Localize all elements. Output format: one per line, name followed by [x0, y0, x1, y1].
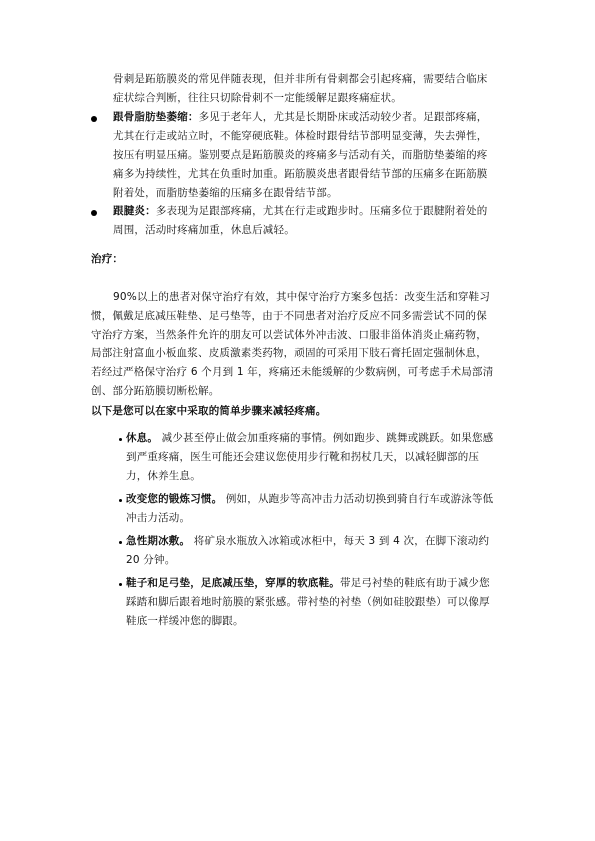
body-text-line: 力，休养生息。 [126, 470, 201, 483]
bullet-icon [91, 210, 97, 216]
body-text-line: 创、部分跖筋膜切断松解。 [91, 385, 219, 398]
body-text-line: 尤其在行走或站立时，不能穿硬底鞋。体检时跟骨结节部明显变薄，失去弹性， [113, 130, 488, 143]
body-text-line: 骨刺是跖筋膜炎的常见伴随表现，但并非所有骨刺都会引起疼痛，需要结合临床 [113, 73, 488, 86]
document-page: 骨刺是跖筋膜炎的常见伴随表现，但并非所有骨刺都会引起疼痛，需要结合临床 症状综合… [0, 0, 595, 841]
section-heading: 以下是您可以在家中采取的简单步骤来减轻疼痛。 [91, 405, 326, 418]
term-label: 跟骨脂肪垫萎缩： [113, 111, 199, 123]
body-text: 减少甚至停止做会加重疼痛的事情。例如跑步、跳舞或跳跃。如果您感 [158, 432, 493, 444]
body-text-line: 踩踏和脚后跟着地时筋膜的紧张感。带衬垫的衬垫（例如硅胶跟垫）可以像厚 [126, 596, 490, 609]
bullet-icon [119, 499, 122, 502]
body-text-line: 20 分钟。 [126, 554, 175, 567]
bullet-icon [119, 583, 122, 586]
body-text-line: 症状综合判断，往往只切除骨刺不一定能缓解足跟疼痛症状。 [113, 92, 402, 105]
body-text-line: 局部注射富血小板血浆、皮质激素类药物，顽固的可采用下肢石膏托固定强制休息， [91, 347, 487, 360]
term-label: 休息。 [126, 432, 158, 444]
body-text-line: 到严重疼痛，医生可能还会建议您使用步行靴和拐杖几天，以减轻脚部的压 [126, 451, 479, 464]
body-text: 多见于老年人，尤其是长期卧床或活动较少者。足跟部疼痛， [199, 111, 488, 123]
body-text: 例如，从跑步等高冲击力活动切换到骑自行车或游泳等低 [222, 493, 493, 505]
bullet-icon [119, 438, 122, 441]
list-item: 跟腱炎：多表现为足跟部疼痛，尤其在行走或跑步时。压痛多位于跟腱附着处的 [113, 205, 488, 218]
term-label: 跟腱炎： [113, 205, 156, 217]
body-text-line: 守治疗方案，当然条件允许的朋友可以尝试体外冲击波、口服非甾体消炎止痛药物， [91, 329, 487, 342]
term-label: 鞋子和足弓垫，足底减压垫，穿厚的软底鞋。 [126, 577, 340, 589]
body-text-line: 周围，活动时疼痛加重，休息后减轻。 [113, 224, 295, 237]
body-text-line: 惯，佩戴足底减压鞋垫、足弓垫等，由于不同患者对治疗反应不同多需尝试不同的保 [91, 310, 487, 323]
body-text-line: 附着处，而脂肪垫萎缩的压痛多在跟骨结节部。 [113, 187, 338, 200]
list-item: 鞋子和足弓垫，足底减压垫，穿厚的软底鞋。带足弓衬垫的鞋底有助于减少您 [126, 577, 490, 590]
section-heading: 治疗： [91, 253, 123, 266]
term-label: 改变您的锻炼习惯。 [126, 493, 222, 505]
list-item: 改变您的锻炼习惯。 例如，从跑步等高冲击力活动切换到骑自行车或游泳等低 [126, 493, 493, 506]
term-label: 急性期冰敷。 [126, 535, 190, 547]
body-text-line: 鞋底一样缓冲您的脚跟。 [126, 615, 244, 628]
body-text-line: 冲击力活动。 [126, 512, 190, 525]
body-text: 多表现为足跟部疼痛，尤其在行走或跑步时。压痛多位于跟腱附着处的 [156, 205, 488, 217]
list-item: 急性期冰敷。 将矿泉水瓶放入冰箱或冰柜中，每天 3 到 4 次，在脚下滚动约 [126, 535, 489, 548]
list-item: 休息。 减少甚至停止做会加重疼痛的事情。例如跑步、跳舞或跳跃。如果您感 [126, 432, 493, 445]
body-text: 带足弓衬垫的鞋底有助于减少您 [340, 577, 490, 589]
list-item: 跟骨脂肪垫萎缩：多见于老年人，尤其是长期卧床或活动较少者。足跟部疼痛， [113, 111, 488, 124]
bullet-icon [91, 116, 97, 122]
body-text-line: 90%以上的患者对保守治疗有效，其中保守治疗方案多包括：改变生活和穿鞋习 [113, 291, 490, 304]
body-text-line: 若经过严格保守治疗 6 个月到 1 年，疼痛还未能缓解的少数病例，可考虑手术局部… [91, 366, 493, 379]
bullet-icon [119, 541, 122, 544]
body-text-line: 按压有明显压痛。鉴别要点是跖筋膜炎的疼痛多与活动有关，而脂肪垫萎缩的疼 [113, 149, 488, 162]
body-text-line: 痛多为持续性，尤其在负重时加重。跖筋膜炎患者跟骨结节部的压痛多在跖筋膜 [113, 168, 488, 181]
body-text: 将矿泉水瓶放入冰箱或冰柜中，每天 3 到 4 次，在脚下滚动约 [190, 535, 489, 547]
